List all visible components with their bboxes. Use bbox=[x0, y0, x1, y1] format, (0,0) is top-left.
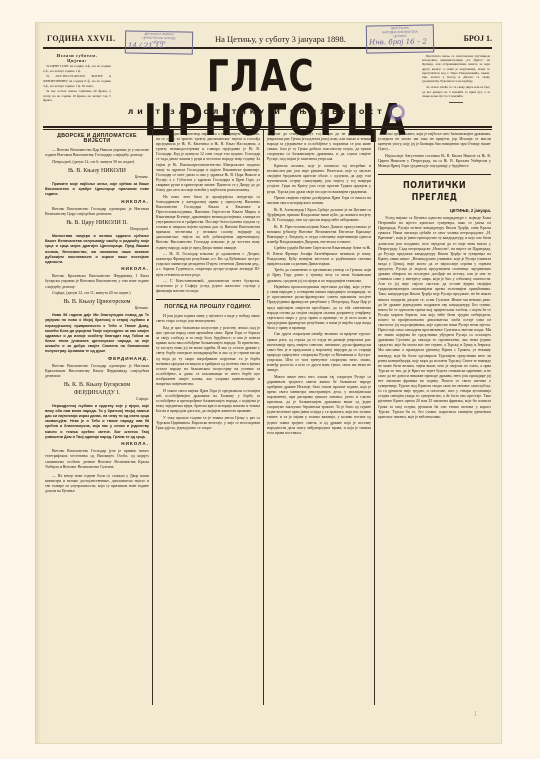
pencil-mark: 1 bbox=[474, 710, 478, 718]
article-paragraph: Све други споразуми између великих за вр… bbox=[267, 332, 371, 373]
issue-dateline: На Цетињу, у суботу 3 јануара 1898. bbox=[215, 34, 346, 44]
article-paragraph: Његово Височанство Господар одговорио је… bbox=[45, 364, 149, 379]
column-divider bbox=[263, 130, 264, 705]
column-4: Тако тројни савез, који је најбоље што б… bbox=[378, 132, 491, 712]
telegram-addressee: Њ. В. Књазу НИКОЛИ bbox=[45, 167, 149, 175]
article-paragraph: — Његово Величанство Цар Никола управио … bbox=[45, 148, 149, 158]
telegram-message: Нова 98 година даје Ми благоугодни повод… bbox=[45, 313, 149, 354]
newspaper-subtitle: ЛИСТ ЗА ПОЛИТИКУ И КЊИЖЕВНОСТ. bbox=[125, 108, 395, 116]
article-paragraph: До 11½ водио се разговор нарочито о наро… bbox=[156, 132, 260, 193]
article-paragraph: На ново лето била је архијерејска литург… bbox=[156, 195, 260, 251]
ink-seal-icon bbox=[387, 104, 405, 122]
article-paragraph: Много више него што ллаша тај споразум Р… bbox=[267, 375, 371, 436]
article-paragraph: У току прошле године та је тежња увела Г… bbox=[156, 416, 260, 431]
newspaper-page: ГОДИНА XXVII. На Цетињу, у суботу 3 јану… bbox=[35, 22, 502, 744]
telegram-signature: НИКОЛА. bbox=[45, 199, 149, 204]
stamp-handwriting: 14 / 21.12. bbox=[128, 42, 190, 51]
article-paragraph: И током свога вијека Црна Гора је предња… bbox=[156, 389, 260, 414]
stamp-handwriting: Инв. број 16 – 2 bbox=[369, 38, 431, 47]
telegram-dateline: Петроград, (датум 12, сат 6, минута 50 п… bbox=[45, 160, 149, 165]
article-divider bbox=[378, 174, 491, 175]
column-1: ДВОРСКЕ И ДИПЛОМАТСКЕ ВИЈЕСТИ — Његово В… bbox=[45, 132, 149, 712]
telegram-destination: Петроград. bbox=[45, 227, 149, 232]
article-paragraph: И још једна година мину у вјечност а вад… bbox=[156, 314, 260, 324]
article-paragraph: Кад је цио балкански полуострв у ропству… bbox=[156, 326, 260, 387]
telegram-message: Примите моје најбоље жеље, које ојећам з… bbox=[45, 182, 149, 197]
column-divider bbox=[374, 130, 375, 705]
section-heading-court-news: ДВОРСКЕ И ДИПЛОМАТСКЕ ВИЈЕСТИ bbox=[45, 134, 149, 144]
telegram-destination: Цетиње. bbox=[45, 175, 149, 180]
article-divider bbox=[156, 299, 260, 300]
masthead-rule-bottom bbox=[43, 126, 492, 128]
telegram-addressee: Њ. В. Књазу Црногорском bbox=[45, 298, 149, 306]
article-paragraph: Критско питање, које је изазвало тај нес… bbox=[267, 164, 371, 195]
subscription-info: Излази суботом. Цијена: За ЦРНУ ГОРУ на … bbox=[43, 54, 111, 104]
divider bbox=[449, 102, 463, 103]
telegram-place: Софија, bbox=[52, 291, 65, 295]
section-heading-year-review: ПОГЛЕД НА ПРОШЛУ ГОДИНУ. bbox=[156, 305, 260, 310]
article-paragraph: — Њ. В. Господар изволио је одликовати г… bbox=[156, 252, 260, 277]
article-paragraph: — Г. Константиновић, дипломатски агент б… bbox=[156, 279, 260, 294]
price-line: За ЦРНУ ГОРУ на годину 4 ф., на по годин… bbox=[43, 64, 111, 73]
article-paragraph: Тако тројни савез, који је најбоље што б… bbox=[378, 132, 491, 152]
city-dateline: ЦЕТИЊЕ, 2 јануара. bbox=[378, 208, 491, 213]
archive-stamp-left: ДЕРЖАВНА ЗБИРКА ЦРНОГОРСКЕ АРХИВЕ ЦЕТИЊЕ… bbox=[125, 30, 193, 54]
price-label: Цијена: bbox=[43, 59, 111, 64]
volume-year: ГОДИНА XXVII. bbox=[47, 34, 116, 43]
advert-info-line: За огласе плаћа се: за сваку ријеч или е… bbox=[422, 85, 490, 98]
telegram-signature: ФЕРДИНАНД. bbox=[45, 356, 149, 361]
telegram-message: Нераздјелној љубави и срдству које у вје… bbox=[45, 404, 149, 440]
article-paragraph: Најпослије Августовна состанка Њ. В. Кња… bbox=[378, 154, 491, 169]
column-3: зумјеше да стану на пут тој ватри да не … bbox=[267, 132, 371, 712]
telegram-addressee-name: ФЕРДИНАНДУ I. bbox=[45, 389, 149, 397]
telegram-time: (датум 12, сат 11, минута 20 по подне.) bbox=[66, 291, 130, 295]
article-paragraph: Треба да споменемо и трговински уговор с… bbox=[267, 268, 371, 283]
article-paragraph: Његово Височанство Господар јуче је прим… bbox=[45, 449, 149, 469]
masthead-rule-bottom-thin bbox=[43, 129, 492, 130]
article-paragraph: Највећим прошлогодишњи свјетским догађај… bbox=[267, 285, 371, 331]
article-paragraph: Његово Височанство Господар одговорио је… bbox=[45, 207, 149, 217]
article-paragraph: Срећна удадба Њезине Свјетлости Књагињиц… bbox=[267, 246, 371, 266]
article-paragraph: Његово Краљевско Височанство Фердинанд I… bbox=[45, 274, 149, 289]
article-paragraph: — На вечер нове године бали су сазвали у… bbox=[45, 474, 149, 494]
advert-info-line: Претплата шаље се поштанском упутницом и… bbox=[422, 54, 490, 83]
telegram-message: Милостива намјера и велико срдачно сјећа… bbox=[45, 234, 149, 265]
article-paragraph: Према свијема тијема догађајима Црна Гор… bbox=[267, 196, 371, 206]
price-line: За АУСТРО-УГАРСКУ, БОСНУ и ХЕРЦЕГОВИНУ н… bbox=[43, 74, 111, 88]
advertising-info: Претплата шаље се поштанском упутницом и… bbox=[422, 54, 490, 103]
article-paragraph: Њ. В. Престолонасљедник Књаз Данило прис… bbox=[267, 225, 371, 245]
telegram-addressee: Њ. К. В. Књазу Бугарском bbox=[45, 381, 149, 389]
library-stamp-right: ЦЕНТРАЛНА НАРОДНА БИБЛИОТЕКА ЦЕТИЊЕ Инв.… bbox=[366, 24, 434, 53]
telegram-dateline: Софија, (датум 12, сат 11, минута 20 по … bbox=[45, 291, 149, 296]
column-2: До 11½ водио се разговор нарочито о наро… bbox=[156, 132, 260, 712]
telegram-destination: Софија. bbox=[45, 397, 149, 402]
column-divider bbox=[152, 130, 153, 705]
newspaper-title: ГЛАС ЦРНОГОРЦА bbox=[144, 55, 378, 143]
telegram-addressee: Њ. В. Цару НИКОЛИ II. bbox=[45, 219, 149, 227]
section-heading-political-review: ПОЛИТИЧКИ ПРЕГЛЕД bbox=[386, 180, 482, 204]
telegram-destination: Цетиње. bbox=[45, 306, 149, 311]
telegram-time: (датум 12, сат 6, минута 50 по подне). bbox=[73, 160, 136, 164]
article-paragraph: зумјеше да стану на пут тој ватри да не … bbox=[267, 132, 371, 163]
telegram-signature: НИКОЛА. bbox=[45, 266, 149, 271]
article-paragraph: Услед вијање са Цетиња односно кандидату… bbox=[378, 216, 491, 420]
article-paragraph: Њ. В. Александар I Краљ Србије долазио ј… bbox=[267, 208, 371, 223]
price-line: За све остале земље годишње 20 франа, у … bbox=[43, 89, 111, 103]
issue-number: БРОЈ 1. bbox=[464, 34, 492, 43]
telegram-place: Петроград, bbox=[52, 160, 72, 164]
telegram-signature: НИКОЛА. bbox=[45, 441, 149, 446]
